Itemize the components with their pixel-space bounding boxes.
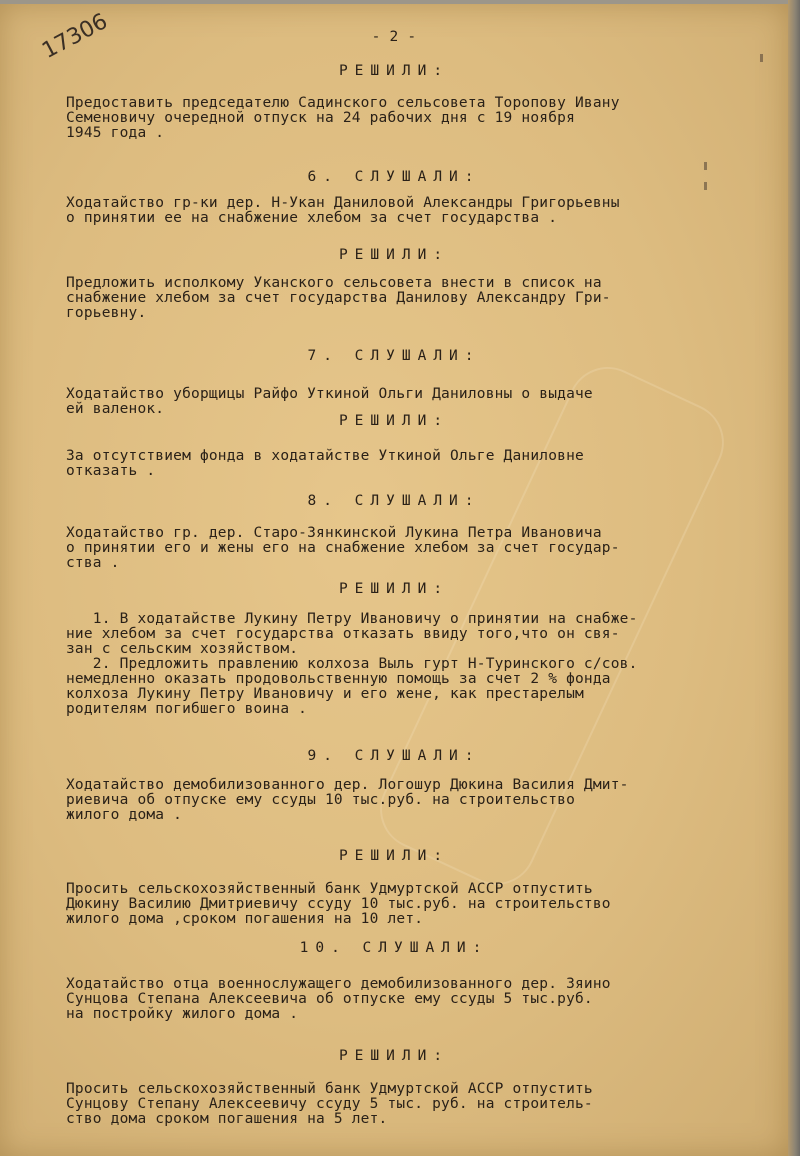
- scan-right-edge: [788, 0, 800, 1156]
- section-heading: 9. СЛУШАЛИ:: [0, 749, 788, 764]
- section-heading: РЕШИЛИ:: [0, 414, 788, 429]
- section-heading: 10. СЛУШАЛИ:: [0, 941, 788, 956]
- text-line: Предложить исполкому Уканского сельсовет…: [66, 276, 776, 291]
- text-line: Ходатайство отца военнослужащего демобил…: [66, 977, 776, 992]
- text-line: немедленно оказать продовольственную пом…: [66, 672, 776, 687]
- section-heading: 8. СЛУШАЛИ:: [0, 494, 788, 509]
- text-line: о принятии его и жены его на снабжение х…: [66, 541, 776, 556]
- section-paragraph: 1. В ходатайстве Лукину Петру Ивановичу …: [66, 612, 776, 717]
- text-line: Ходатайство гр. дер. Старо-Зянкинской Лу…: [66, 526, 776, 541]
- text-line: Сунцова Степана Алексеевича об отпуске е…: [66, 992, 776, 1007]
- text-line: Просить сельскохозяйственный банк Удмурт…: [66, 1082, 776, 1097]
- section-paragraph: Ходатайство гр. дер. Старо-Зянкинской Лу…: [66, 526, 776, 571]
- section-heading: РЕШИЛИ:: [0, 64, 788, 79]
- text-line: колхоза Лукину Петру Ивановичу и его жен…: [66, 687, 776, 702]
- section-paragraph: За отсутствием фонда в ходатайстве Уткин…: [66, 449, 776, 479]
- document-page: 17306 - 2 - РЕШИЛИ:Предоставить председа…: [0, 4, 788, 1156]
- text-line: 2. Предложить правлению колхоза Выль гур…: [66, 657, 776, 672]
- text-line: Дюкину Василию Дмитриевичу ссуду 10 тыс.…: [66, 897, 776, 912]
- paper-spot: [704, 162, 707, 170]
- text-line: Ходатайство демобилизованного дер. Логош…: [66, 778, 776, 793]
- section-heading: РЕШИЛИ:: [0, 248, 788, 263]
- page-number: - 2 -: [0, 30, 788, 45]
- text-line: отказать .: [66, 464, 776, 479]
- section-heading: РЕШИЛИ:: [0, 1049, 788, 1064]
- section-heading: 6. СЛУШАЛИ:: [0, 170, 788, 185]
- text-line: 1. В ходатайстве Лукину Петру Ивановичу …: [66, 612, 776, 627]
- text-line: ние хлебом за счет государства отказать …: [66, 627, 776, 642]
- section-paragraph: Ходатайство гр-ки дер. Н-Укан Даниловой …: [66, 196, 776, 226]
- text-line: ство дома сроком погашения на 5 лет.: [66, 1112, 776, 1127]
- text-line: Предоставить председателю Садинского сел…: [66, 96, 776, 111]
- text-line: Сунцову Степану Алексеевичу ссуду 5 тыс.…: [66, 1097, 776, 1112]
- text-line: жилого дома ,сроком погашения на 10 лет.: [66, 912, 776, 927]
- text-line: Просить сельскохозяйственный банк Удмурт…: [66, 882, 776, 897]
- section-paragraph: Просить сельскохозяйственный банк Удмурт…: [66, 882, 776, 927]
- text-line: Ходатайство уборщицы Райфо Уткиной Ольги…: [66, 387, 776, 402]
- text-line: Семеновичу очередной отпуск на 24 рабочи…: [66, 111, 776, 126]
- section-paragraph: Предложить исполкому Уканского сельсовет…: [66, 276, 776, 321]
- text-line: За отсутствием фонда в ходатайстве Уткин…: [66, 449, 776, 464]
- section-paragraph: Предоставить председателю Садинского сел…: [66, 96, 776, 141]
- paper-spot: [760, 54, 763, 62]
- text-line: горьевну.: [66, 306, 776, 321]
- text-line: Ходатайство гр-ки дер. Н-Укан Даниловой …: [66, 196, 776, 211]
- text-line: на постройку жилого дома .: [66, 1007, 776, 1022]
- paper-spot: [704, 182, 707, 190]
- text-line: жилого дома .: [66, 808, 776, 823]
- section-heading: 7. СЛУШАЛИ:: [0, 349, 788, 364]
- section-heading: РЕШИЛИ:: [0, 582, 788, 597]
- section-heading: РЕШИЛИ:: [0, 849, 788, 864]
- text-line: снабжение хлебом за счет государства Дан…: [66, 291, 776, 306]
- text-line: родителям погибшего воина .: [66, 702, 776, 717]
- text-line: о принятии ее на снабжение хлебом за сче…: [66, 211, 776, 226]
- section-paragraph: Ходатайство демобилизованного дер. Логош…: [66, 778, 776, 823]
- section-paragraph: Ходатайство отца военнослужащего демобил…: [66, 977, 776, 1022]
- text-line: риевича об отпуске ему ссуды 10 тыс.руб.…: [66, 793, 776, 808]
- text-line: зан с сельским хозяйством.: [66, 642, 776, 657]
- text-line: ства .: [66, 556, 776, 571]
- section-paragraph: Просить сельскохозяйственный банк Удмурт…: [66, 1082, 776, 1127]
- text-line: 1945 года .: [66, 126, 776, 141]
